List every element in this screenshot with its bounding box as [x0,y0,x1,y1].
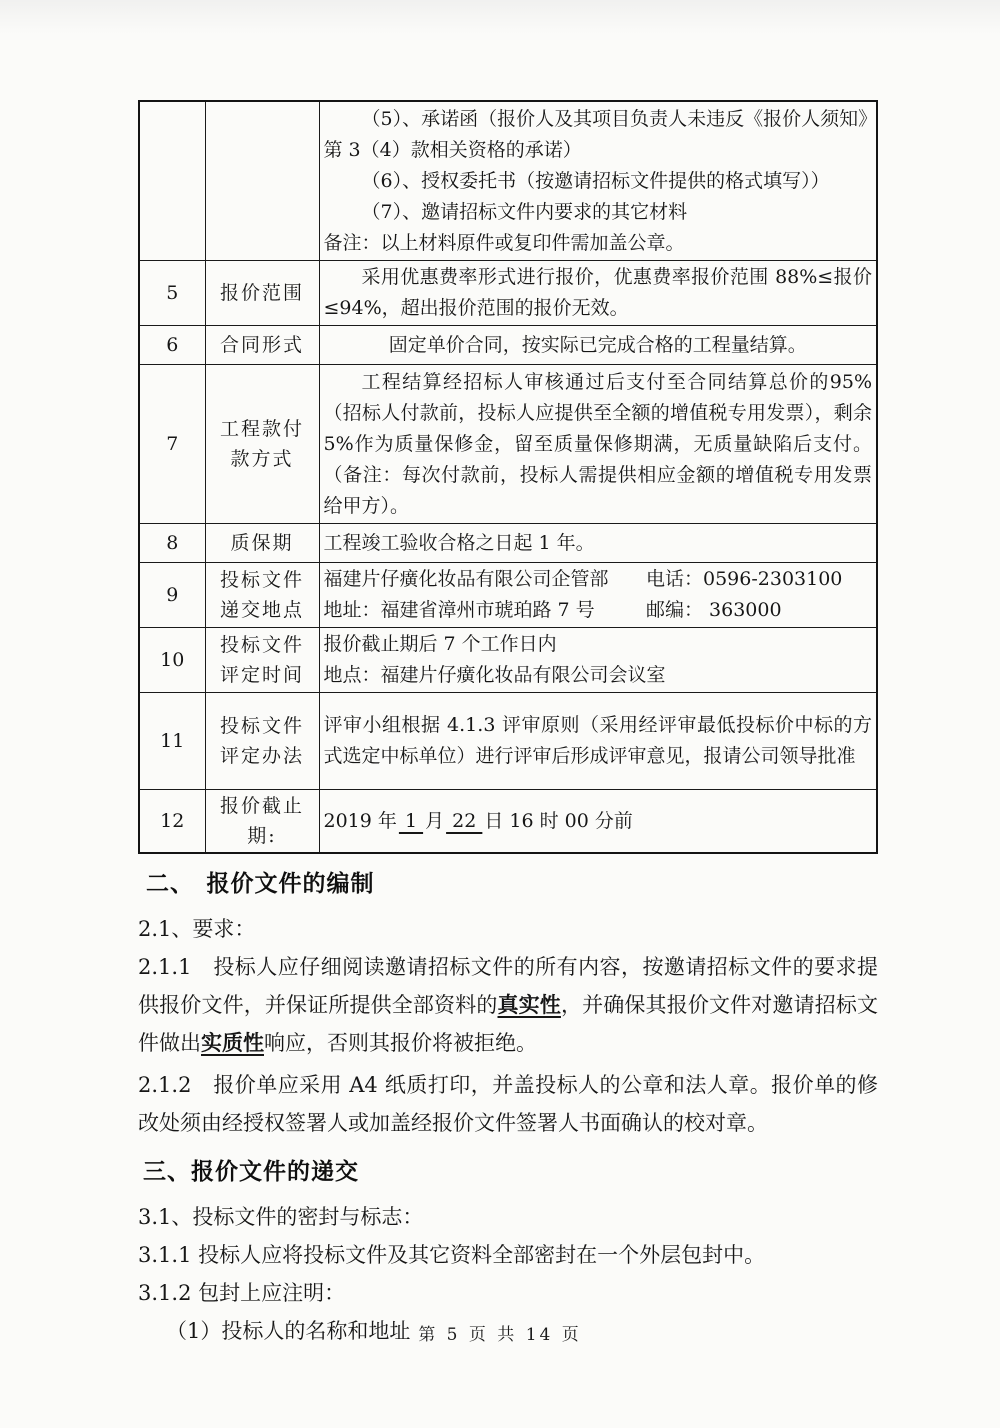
label-line: 报价截止 [210,791,315,821]
cell-text: 地点：福建片仔癀化妆品有限公司会议室 [324,660,873,691]
cell-text: 工程结算经招标人审核通过后支付至合同结算总价的95%（招标人付款前，投标人应提供… [324,367,873,522]
row-6-content: 固定单价合同，按实际已完成合格的工程量结算。 [319,326,877,365]
deadline-text: 日 16 时 00 分前 [484,810,633,832]
phone-number: 电话：0596-2303100 [646,564,872,595]
emphasis-substantive: 实质性 [201,1030,264,1055]
row-8-number: 8 [139,524,205,563]
company-name: 福建片仔癀化妆品有限公司企管部 [324,564,609,595]
row-11-content: 评审小组根据 4.1.3 评审原则（采用经评审最低投标价中标的方式选定中标单位）… [319,693,877,790]
row-7-content: 工程结算经招标人审核通过后支付至合同结算总价的95%（招标人付款前，投标人应提供… [319,365,877,524]
row-12-number: 12 [139,790,205,854]
label-line: 工程款付 [210,414,315,444]
section-2-heading: 二、 报价文件的编制 [146,868,878,900]
row-12-label: 报价截止 期: [205,790,319,854]
row-11-number: 11 [139,693,205,790]
cell-text: 报价截止期后 7 个工作日内 [324,629,873,660]
emphasis-authenticity: 真实性 [498,992,561,1017]
clause-text: 响应，否则其报价将被拒绝。 [264,1031,537,1055]
list-item: 第 3（4）款相关资格的承诺） [324,135,873,166]
page-number-footer: 第 5 页 共 14 页 [0,1320,1000,1345]
row-5-number: 5 [139,261,205,326]
row-11-label: 投标文件 评定办法 [205,693,319,790]
label-line: 款方式 [210,444,315,474]
row-8-content: 工程竣工验收合格之日起 1 年。 [319,524,877,563]
deadline-text: 2019 年 [324,810,397,832]
deadline-month-blank: 1 [397,810,425,832]
label-line: 投标文件 [210,565,315,595]
table-row-5: 5 报价范围 采用优惠费率形式进行报价，优惠费率报价范围 88%≤报价≤94%，… [139,261,877,326]
document-page: （5）、承诺函（报价人及其项目负责人未违反《报价人须知》 第 3（4）款相关资格… [0,0,1000,1428]
label-line: 评定时间 [210,660,315,690]
table-row-10: 10 投标文件 评定时间 报价截止期后 7 个工作日内 地点：福建片仔癀化妆品有… [139,628,877,693]
list-item: （7）、邀请招标文件内要求的其它材料 [324,197,873,228]
table-row-11: 11 投标文件 评定办法 评审小组根据 4.1.3 评审原则（采用经评审最低投标… [139,693,877,790]
row-10-label: 投标文件 评定时间 [205,628,319,693]
row-cont-label [205,101,319,261]
row-9-content: 福建片仔癀化妆品有限公司企管部 电话：0596-2303100 地址：福建省漳州… [319,563,877,628]
row-7-number: 7 [139,365,205,524]
deadline-text: 月 [425,810,444,832]
label-line: 投标文件 [210,630,315,660]
deadline-day-blank: 22 [444,810,484,832]
row-9-label: 投标文件 递交地点 [205,563,319,628]
table-row-6: 6 合同形式 固定单价合同，按实际已完成合格的工程量结算。 [139,326,877,365]
cell-text: 固定单价合同，按实际已完成合格的工程量结算。 [324,330,873,361]
row-12-content: 2019 年 1 月 22 日 16 时 00 分前 [319,790,877,854]
clause-2-1-2: 2.1.2 报价单应采用 A4 纸质打印，并盖投标人的公章和法人章。报价单的修改… [138,1066,878,1142]
remark-line: 备注：以上材料原件或复印件需加盖公章。 [324,228,873,259]
row-cont-number [139,101,205,261]
table-row-12: 12 报价截止 期: 2019 年 1 月 22 日 16 时 00 分前 [139,790,877,854]
label-line: 评定办法 [210,741,315,771]
document-body: （5）、承诺函（报价人及其项目负责人未违反《报价人须知》 第 3（4）款相关资格… [138,100,878,1350]
label-line: 期: [210,821,315,851]
postal-code: 邮编： 363000 [646,595,872,626]
row-cont-content: （5）、承诺函（报价人及其项目负责人未违反《报价人须知》 第 3（4）款相关资格… [319,101,877,261]
cell-text: 评审小组根据 4.1.3 评审原则（采用经评审最低投标价中标的方式选定中标单位）… [324,710,873,772]
row-10-number: 10 [139,628,205,693]
row-8-label: 质保期 [205,524,319,563]
row-6-label: 合同形式 [205,326,319,365]
row-7-label: 工程款付 款方式 [205,365,319,524]
list-item: （6）、授权委托书（按邀请招标文件提供的格式填写）） [324,166,873,197]
row-10-content: 报价截止期后 7 个工作日内 地点：福建片仔癀化妆品有限公司会议室 [319,628,877,693]
table-row-continued: （5）、承诺函（报价人及其项目负责人未违反《报价人须知》 第 3（4）款相关资格… [139,101,877,261]
section-3-heading: 三、报价文件的递交 [143,1156,878,1188]
clause-3-1-1: 3.1.1 投标人应将投标文件及其它资料全部密封在一个外层包封中。 [138,1236,878,1274]
clause-3-1: 3.1、投标文件的密封与标志： [138,1198,878,1236]
cell-text: 工程竣工验收合格之日起 1 年。 [324,528,873,559]
clause-3-1-2: 3.1.2 包封上应注明： [138,1274,878,1312]
row-5-content: 采用优惠费率形式进行报价，优惠费率报价范围 88%≤报价≤94%，超出报价范围的… [319,261,877,326]
row-9-number: 9 [139,563,205,628]
cell-text: 采用优惠费率形式进行报价，优惠费率报价范围 88%≤报价≤94%，超出报价范围的… [324,262,873,324]
clause-2-1: 2.1、要求： [138,910,878,948]
clause-2-1-1: 2.1.1 投标人应仔细阅读邀请招标文件的所有内容，按邀请招标文件的要求提供报价… [138,948,878,1062]
contact-line: 地址：福建省漳州市琥珀路 7 号 邮编： 363000 [324,595,873,626]
list-item: （5）、承诺函（报价人及其项目负责人未违反《报价人须知》 [324,104,873,135]
contact-line: 福建片仔癀化妆品有限公司企管部 电话：0596-2303100 [324,564,873,595]
table-row-8: 8 质保期 工程竣工验收合格之日起 1 年。 [139,524,877,563]
table-row-7: 7 工程款付 款方式 工程结算经招标人审核通过后支付至合同结算总价的95%（招标… [139,365,877,524]
label-line: 递交地点 [210,595,315,625]
table-row-9: 9 投标文件 递交地点 福建片仔癀化妆品有限公司企管部 电话：0596-2303… [139,563,877,628]
row-6-number: 6 [139,326,205,365]
tender-info-table: （5）、承诺函（报价人及其项目负责人未违反《报价人须知》 第 3（4）款相关资格… [138,100,878,854]
row-5-label: 报价范围 [205,261,319,326]
address: 地址：福建省漳州市琥珀路 7 号 [324,595,595,626]
label-line: 投标文件 [210,711,315,741]
